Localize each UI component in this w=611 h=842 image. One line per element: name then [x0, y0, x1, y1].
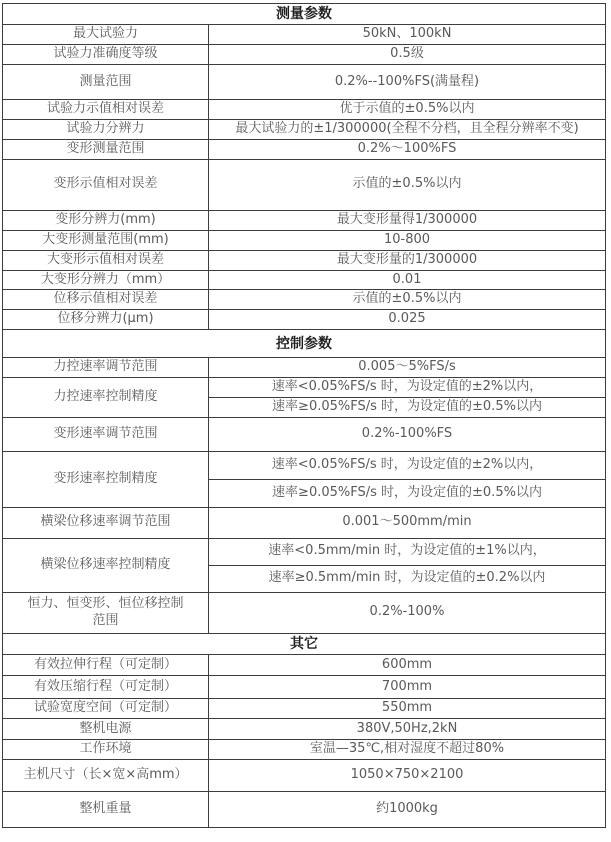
- table-row: 变形速率控制精度速率<0.05%FS/s 时，为设定值的±2%以内，: [3, 451, 606, 479]
- spec-value-cell: 示值的±0.5%以内: [209, 159, 606, 210]
- spec-value-cell: 10-800: [209, 230, 606, 250]
- spec-page: 测量参数最大试验力50kN、100kN试验力准确度等级0.5级测量范围0.2%-…: [0, 0, 611, 842]
- spec-value-cell: 0.2%--100%FS(满量程): [209, 65, 606, 100]
- table-row: 力控速率调节范围0.005～5%FS/s: [3, 358, 606, 378]
- spec-label-cell: 力控速率调节范围: [3, 358, 209, 378]
- spec-value-cell: 0.025: [209, 310, 606, 330]
- table-row: 变形速率调节范围0.2%-100%FS: [3, 417, 606, 451]
- table-row: 变形分辨力(mm)最大变形量得1/300000: [3, 210, 606, 230]
- spec-label-cell: 试验力示值相对误差: [3, 100, 209, 120]
- spec-value-cell: 0.01: [209, 270, 606, 290]
- spec-value-cell: 380V,50Hz,2kN: [209, 718, 606, 739]
- spec-value-cell: 最大变形量得1/300000: [209, 210, 606, 230]
- spec-value-cell: 速率<0.05%FS/s 时，为设定值的±2%以内，: [209, 378, 606, 398]
- table-row: 试验力分辨力最大试验力的±1/300000(全程不分档，且全程分辨率不变): [3, 119, 606, 139]
- spec-label-cell: 变形示值相对误差: [3, 159, 209, 210]
- spec-label-cell: 最大试验力: [3, 25, 209, 45]
- table-row: 位移示值相对误差示值的±0.5%以内: [3, 290, 606, 310]
- spec-value-cell: 600mm: [209, 655, 606, 676]
- spec-label-cell: 试验宽度空间（可定制）: [3, 699, 209, 719]
- table-row: 恒力、恒变形、恒位移控制范围0.2%-100%: [3, 592, 606, 633]
- spec-label-cell: 有效压缩行程（可定制）: [3, 676, 209, 699]
- table-row: 力控速率控制精度速率<0.05%FS/s 时，为设定值的±2%以内，: [3, 378, 606, 398]
- table-row: 横梁位移速率调节范围0.001～500mm/min: [3, 507, 606, 538]
- spec-label-cell: 工作环境: [3, 739, 209, 759]
- spec-value-cell: 0.2%～100%FS: [209, 139, 606, 159]
- table-row: 变形示值相对误差示值的±0.5%以内: [3, 159, 606, 210]
- spec-label-cell: 试验力准确度等级: [3, 45, 209, 65]
- spec-value-cell: 示值的±0.5%以内: [209, 290, 606, 310]
- table-row: 最大试验力50kN、100kN: [3, 25, 606, 45]
- table-row: 大变形示值相对误差最大变形量的1/300000: [3, 250, 606, 270]
- spec-value-cell: 0.2%-100%: [209, 592, 606, 633]
- spec-value-cell: 速率≥0.5mm/min 时，为设定值的±0.2%以内: [209, 565, 606, 592]
- spec-label-cell: 位移示值相对误差: [3, 290, 209, 310]
- spec-label-cell: 横梁位移速率控制精度: [3, 538, 209, 592]
- spec-value-cell: 速率≥0.05%FS/s 时，为设定值的±0.5%以内: [209, 479, 606, 507]
- spec-value-cell: 0.5级: [209, 45, 606, 65]
- table-row: 测量范围0.2%--100%FS(满量程): [3, 65, 606, 100]
- spec-label-cell: 变形分辨力(mm): [3, 210, 209, 230]
- spec-value-cell: 最大变形量的1/300000: [209, 250, 606, 270]
- table-row: 变形测量范围0.2%～100%FS: [3, 139, 606, 159]
- spec-table: 测量参数最大试验力50kN、100kN试验力准确度等级0.5级测量范围0.2%-…: [2, 3, 606, 828]
- spec-value-cell: 速率≥0.05%FS/s 时，为设定值的±0.5%以内: [209, 397, 606, 417]
- spec-label-cell: 变形速率调节范围: [3, 417, 209, 451]
- spec-label-cell: 大变形分辨力（mm）: [3, 270, 209, 290]
- section-header-row: 测量参数: [3, 4, 606, 25]
- spec-label-cell: 大变形测量范围(mm): [3, 230, 209, 250]
- table-row: 位移分辨力(μm)0.025: [3, 310, 606, 330]
- spec-label-cell: 位移分辨力(μm): [3, 310, 209, 330]
- spec-value-cell: 550mm: [209, 699, 606, 719]
- table-row: 试验力示值相对误差优于示值的±0.5%以内: [3, 100, 606, 120]
- spec-label-cell: 整机重量: [3, 791, 209, 827]
- spec-label-cell: 变形测量范围: [3, 139, 209, 159]
- table-row: 整机重量约1000kg: [3, 791, 606, 827]
- table-row: 有效拉伸行程（可定制）600mm: [3, 655, 606, 676]
- spec-value-cell: 速率<0.05%FS/s 时，为设定值的±2%以内，: [209, 451, 606, 479]
- spec-label-cell: 力控速率控制精度: [3, 378, 209, 418]
- section-header-cell: 其它: [3, 633, 606, 654]
- spec-value-cell: 0.001～500mm/min: [209, 507, 606, 538]
- spec-value-cell: 50kN、100kN: [209, 25, 606, 45]
- spec-value-cell: 室温—35℃,相对湿度不超过80%: [209, 739, 606, 759]
- spec-label-cell: 大变形示值相对误差: [3, 250, 209, 270]
- table-row: 有效压缩行程（可定制）700mm: [3, 676, 606, 699]
- section-header-row: 控制参数: [3, 330, 606, 358]
- table-row: 大变形分辨力（mm）0.01: [3, 270, 606, 290]
- spec-label-cell: 恒力、恒变形、恒位移控制范围: [3, 592, 209, 633]
- table-row: 试验力准确度等级0.5级: [3, 45, 606, 65]
- spec-value-cell: 最大试验力的±1/300000(全程不分档，且全程分辨率不变): [209, 119, 606, 139]
- spec-label-cell: 横梁位移速率调节范围: [3, 507, 209, 538]
- table-row: 工作环境室温—35℃,相对湿度不超过80%: [3, 739, 606, 759]
- spec-label-cell: 变形速率控制精度: [3, 451, 209, 507]
- spec-value-cell: 0.2%-100%FS: [209, 417, 606, 451]
- spec-label-cell: 主机尺寸（长×宽×高mm）: [3, 759, 209, 791]
- section-header-row: 其它: [3, 633, 606, 654]
- spec-value-cell: 0.005～5%FS/s: [209, 358, 606, 378]
- table-row: 主机尺寸（长×宽×高mm）1050×750×2100: [3, 759, 606, 791]
- spec-value-cell: 1050×750×2100: [209, 759, 606, 791]
- section-header-cell: 控制参数: [3, 330, 606, 358]
- table-row: 横梁位移速率控制精度速率<0.5mm/min 时，为设定值的±1%以内，: [3, 538, 606, 565]
- spec-table-body: 测量参数最大试验力50kN、100kN试验力准确度等级0.5级测量范围0.2%-…: [3, 4, 606, 828]
- spec-value-cell: 优于示值的±0.5%以内: [209, 100, 606, 120]
- spec-value-cell: 约1000kg: [209, 791, 606, 827]
- spec-label-cell: 试验力分辨力: [3, 119, 209, 139]
- table-row: 试验宽度空间（可定制）550mm: [3, 699, 606, 719]
- table-row: 整机电源380V,50Hz,2kN: [3, 718, 606, 739]
- spec-value-cell: 700mm: [209, 676, 606, 699]
- spec-value-cell: 速率<0.5mm/min 时，为设定值的±1%以内，: [209, 538, 606, 565]
- section-header-cell: 测量参数: [3, 4, 606, 25]
- table-row: 大变形测量范围(mm)10-800: [3, 230, 606, 250]
- spec-label-cell: 测量范围: [3, 65, 209, 100]
- spec-label-cell: 整机电源: [3, 718, 209, 739]
- spec-label-cell: 有效拉伸行程（可定制）: [3, 655, 209, 676]
